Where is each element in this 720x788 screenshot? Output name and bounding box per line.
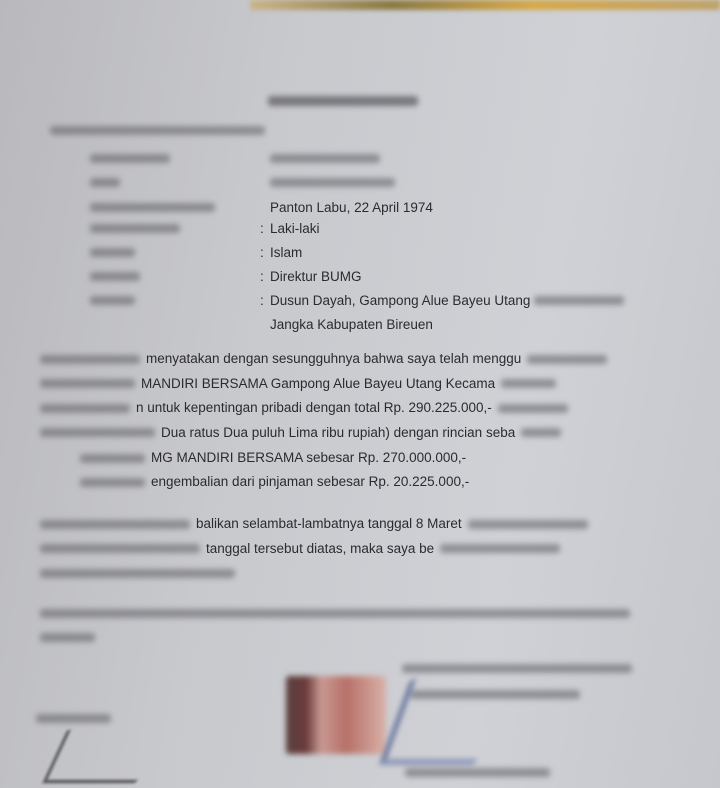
field-row — [90, 148, 380, 168]
witness-signature — [43, 730, 161, 783]
field-row: Panton Labu, 22 April 1974 — [90, 197, 433, 217]
revenue-stamp — [286, 676, 386, 754]
field-row: : Dusun Dayah, Gampong Alue Bayeu Utang — [90, 290, 624, 310]
closing-paragraph — [40, 601, 680, 650]
field-row: : Islam — [90, 242, 302, 262]
witness-label — [36, 710, 111, 728]
list-item: MG MANDIRI BERSAMA sebesar Rp. 270.000.0… — [80, 446, 469, 470]
place-date — [402, 660, 632, 678]
document-title — [268, 92, 418, 110]
intro-line — [50, 122, 265, 140]
signature — [380, 680, 506, 764]
signer-name — [405, 764, 550, 782]
list-item: engembalian dari pinjaman sebesar Rp. 20… — [80, 470, 469, 494]
field-row: : Direktur BUMG — [90, 266, 362, 286]
field-row — [90, 172, 395, 192]
statement-paragraph: menyatakan dengan sesungguhnya bahwa say… — [40, 347, 680, 445]
details-list: MG MANDIRI BERSAMA sebesar Rp. 270.000.0… — [80, 446, 469, 494]
photo-background-strip — [250, 0, 720, 10]
field-row: : Laki-laki — [90, 218, 320, 238]
field-row: Jangka Kabupaten Bireuen — [90, 314, 433, 334]
repayment-paragraph: balikan selambat-lambatnya tanggal 8 Mar… — [40, 512, 680, 586]
